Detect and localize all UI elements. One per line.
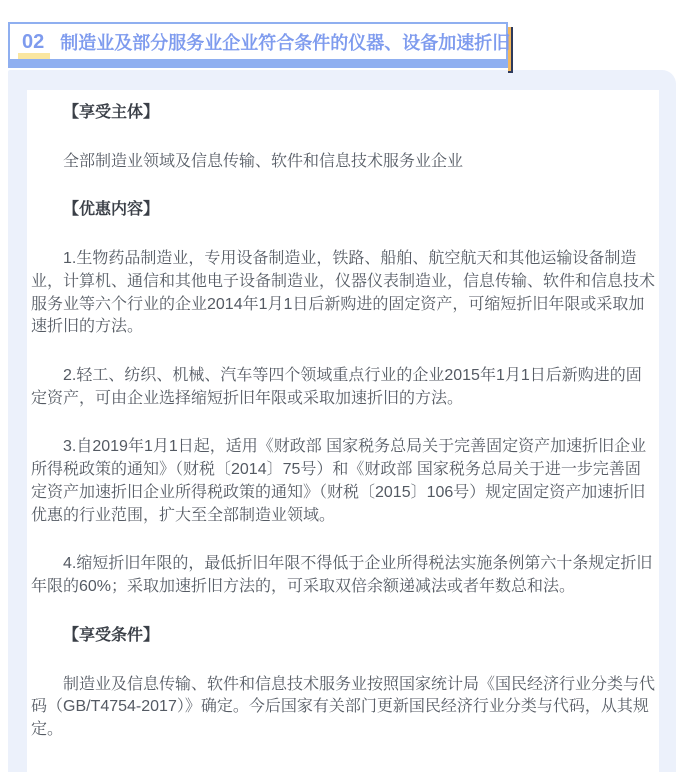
paragraph: 3.自2019年1月1日起，适用《财政部 国家税务总局关于完善固定资产加速折旧企…: [31, 436, 655, 527]
paragraph: 2.轻工、纺织、机械、汽车等四个领域重点行业的企业2015年1月1日后新购进的固…: [31, 365, 655, 410]
header-box: 02 制造业及部分服务业企业符合条件的仪器、设备加速折旧: [8, 22, 508, 68]
section-heading: 【优惠内容】: [31, 199, 655, 222]
number-highlight-bar: [18, 53, 50, 59]
paragraph: 制造业及信息传输、软件和信息技术服务业按照国家统计局《国民经济行业分类与代码（G…: [31, 674, 655, 742]
paragraph: 全部制造业领域及信息传输、软件和信息技术服务业企业: [31, 151, 655, 174]
paragraph: 1.生物药品制造业，专用设备制造业，铁路、船舶、航空航天和其他运输设备制造业，计…: [31, 248, 655, 339]
section-header: 02 制造业及部分服务业企业符合条件的仪器、设备加速折旧: [8, 22, 508, 68]
section-heading: 【享受主体】: [31, 102, 655, 125]
paragraph: 4.缩短折旧年限的，最低折旧年限不得低于企业所得税法实施条例第六十条规定折旧年限…: [31, 553, 655, 598]
section-title: 制造业及部分服务业企业符合条件的仪器、设备加速折旧: [60, 29, 510, 55]
section-heading: 【享受条件】: [31, 625, 655, 648]
section-number: 02: [20, 32, 46, 52]
page: { "header": { "number": "02", "title": "…: [0, 0, 684, 772]
section-number-text: 02: [22, 31, 44, 53]
content-card: 【享受主体】全部制造业领域及信息传输、软件和信息技术服务业企业【优惠内容】1.生…: [27, 90, 659, 772]
